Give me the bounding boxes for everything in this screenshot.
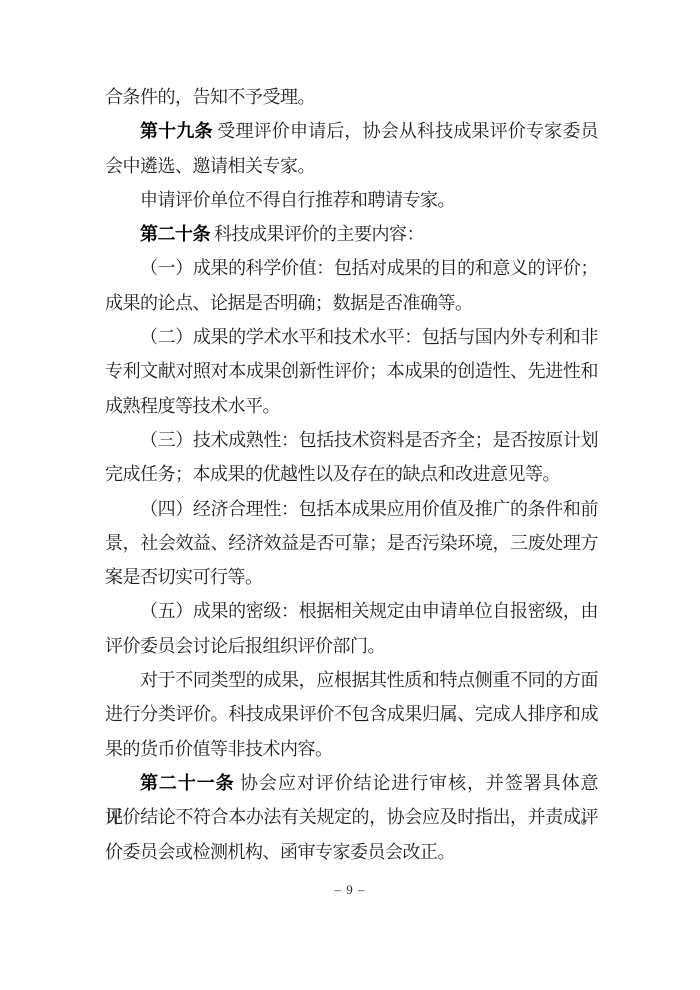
text-line: 评价委员会讨论后报组织评价部门。 — [105, 629, 598, 663]
text-line: 成熟程度等技术水平。 — [105, 389, 598, 423]
article-number: 第十九条 — [140, 121, 213, 141]
text-line: 果的货币价值等非技术内容。 — [105, 732, 598, 766]
text-line: 评价结论不符合本办法有关规定的，协会应及时指出，并责成评 — [105, 800, 598, 834]
text-line: 对于不同类型的成果，应根据其性质和特点侧重不同的方面 — [105, 663, 598, 697]
line-text: （一）成果的科学价值：包括对成果的目的和意义的评价； — [140, 258, 598, 278]
line-text: 价委员会或检测机构、函审专家委员会改正。 — [105, 842, 455, 862]
line-text: 成果的论点、论据是否明确；数据是否准确等。 — [105, 293, 473, 313]
text-line: 进行分类评价。科技成果评价不包含成果归属、完成人排序和成 — [105, 697, 598, 731]
document-body: 合条件的，告知不予受理。 第十九条 受理评价申请后，协会从科技成果评价专家委员 … — [105, 80, 598, 869]
text-line: 价委员会或检测机构、函审专家委员会改正。 — [105, 835, 598, 869]
line-text: 专利文献对照对本成果创新性评价；本成果的创造性、先进性和 — [105, 361, 598, 381]
text-line: （四）经济合理性：包括本成果应用价值及推广的条件和前 — [105, 492, 598, 526]
line-text: （四）经济合理性：包括本成果应用价值及推广的条件和前 — [140, 499, 598, 519]
text-line: 会中遴选、邀请相关专家。 — [105, 149, 598, 183]
text-line: （二）成果的学术水平和技术水平：包括与国内外专利和非 — [105, 320, 598, 354]
line-text: 完成任务；本成果的优越性以及存在的缺点和改进意见等。 — [105, 464, 560, 484]
article-number: 第二十条 — [140, 224, 210, 244]
text-line: （五）成果的密级：根据相关规定由申请单位自报密级，由 — [105, 594, 598, 628]
text-line: 专利文献对照对本成果创新性评价；本成果的创造性、先进性和 — [105, 354, 598, 388]
line-text: 申请评价单位不得自行推荐和聘请专家。 — [140, 190, 455, 210]
document-page: 合条件的，告知不予受理。 第十九条 受理评价申请后，协会从科技成果评价专家委员 … — [0, 0, 700, 990]
text-line: 完成任务；本成果的优越性以及存在的缺点和改进意见等。 — [105, 457, 598, 491]
line-text: 会中遴选、邀请相关专家。 — [105, 156, 315, 176]
line-text: 评价结论不符合本办法有关规定的，协会应及时指出，并责成评 — [105, 807, 598, 827]
text-line: （一）成果的科学价值：包括对成果的目的和意义的评价； — [105, 251, 598, 285]
text-line: 成果的论点、论据是否明确；数据是否准确等。 — [105, 286, 598, 320]
text-line: 案是否切实可行等。 — [105, 560, 598, 594]
line-text: 科技成果评价的主要内容： — [210, 224, 424, 244]
line-text: （二）成果的学术水平和技术水平：包括与国内外专利和非 — [140, 327, 598, 347]
line-text: 合条件的，告知不予受理。 — [105, 87, 315, 107]
article-number: 第二十一条 — [140, 773, 235, 793]
line-text: 成熟程度等技术水平。 — [105, 396, 280, 416]
text-line: 景，社会效益、经济效益是否可靠；是否污染环境，三废处理方 — [105, 526, 598, 560]
text-line: 第二十一条 协会应对评价结论进行审核，并签署具体意见。 — [105, 766, 598, 800]
text-line: 第十九条 受理评价申请后，协会从科技成果评价专家委员 — [105, 114, 598, 148]
text-line: 第二十条 科技成果评价的主要内容： — [105, 217, 598, 251]
text-line: 合条件的，告知不予受理。 — [105, 80, 598, 114]
line-text: 案是否切实可行等。 — [105, 567, 263, 587]
line-text: 评价委员会讨论后报组织评价部门。 — [105, 636, 385, 656]
text-line: （三）技术成熟性：包括技术资料是否齐全；是否按原计划 — [105, 423, 598, 457]
text-line: 申请评价单位不得自行推荐和聘请专家。 — [105, 183, 598, 217]
line-text: 果的货币价值等非技术内容。 — [105, 739, 333, 759]
page-number: – 9 – — [0, 882, 700, 898]
line-text: 受理评价申请后，协会从科技成果评价专家委员 — [213, 121, 598, 141]
line-text: 对于不同类型的成果，应根据其性质和特点侧重不同的方面 — [140, 670, 598, 690]
line-text: （三）技术成熟性：包括技术资料是否齐全；是否按原计划 — [140, 430, 598, 450]
line-text: 景，社会效益、经济效益是否可靠；是否污染环境，三废处理方 — [105, 533, 598, 553]
line-text: （五）成果的密级：根据相关规定由申请单位自报密级，由 — [140, 601, 598, 621]
line-text: 进行分类评价。科技成果评价不包含成果归属、完成人排序和成 — [105, 704, 598, 724]
